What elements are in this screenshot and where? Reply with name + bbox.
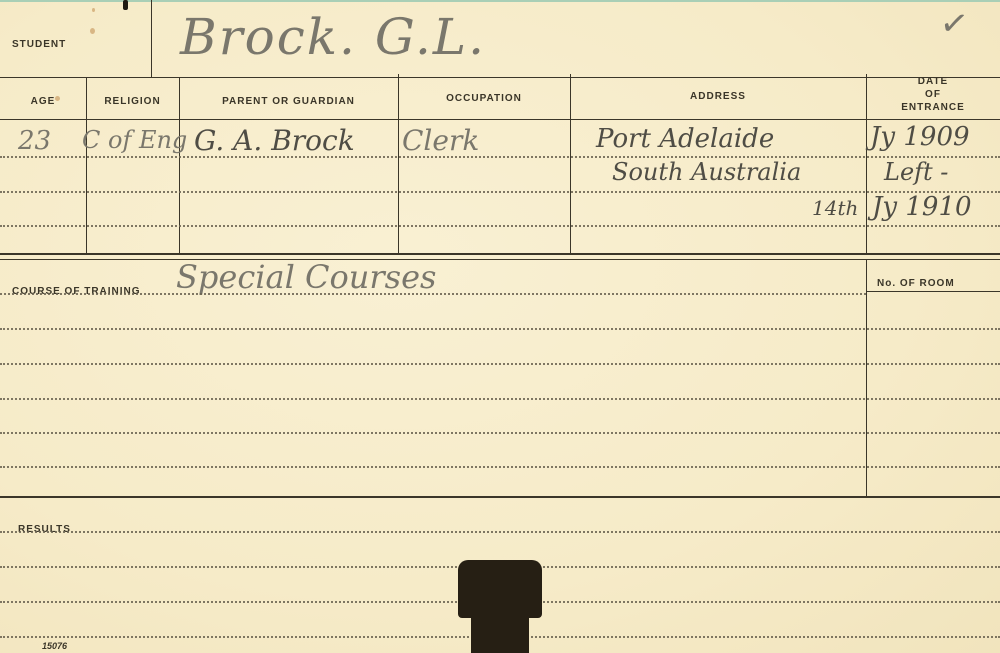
card-top-edge xyxy=(0,0,1000,2)
table-bottom-border xyxy=(0,253,1000,255)
header-address: ADDRESS xyxy=(570,90,866,103)
header-religion: RELIGION xyxy=(86,95,179,108)
header-date-line3: ENTRANCE xyxy=(866,101,1000,114)
header-date-line2: OF xyxy=(866,88,1000,101)
value-address-line2: South Australia xyxy=(612,158,801,186)
table-bottom-border-2 xyxy=(0,259,1000,260)
course-dotted-line xyxy=(0,293,866,295)
results-dotted-line xyxy=(0,531,1000,533)
room-label-underline xyxy=(866,291,1000,292)
course-dotted-line xyxy=(0,466,1000,468)
student-name: Brock. G.L. xyxy=(180,8,486,66)
course-dotted-line xyxy=(0,363,1000,365)
table-header-bottom xyxy=(0,119,1000,120)
value-religion: C of Eng xyxy=(82,126,187,154)
header-parent-or-guardian: PARENT OR GUARDIAN xyxy=(179,95,398,108)
course-of-training-value: Special Courses xyxy=(176,258,436,296)
room-divider xyxy=(866,260,867,496)
value-address-line3: 14th xyxy=(812,196,858,220)
filing-notch-stem xyxy=(471,610,529,653)
stain-mark xyxy=(90,28,95,34)
value-date-line1: Jy 1909 xyxy=(870,122,970,152)
value-age: 23 xyxy=(18,126,51,156)
table-dotted-line xyxy=(0,225,1000,227)
room-label: No. OF ROOM xyxy=(877,277,987,290)
header-date-line1: DATE xyxy=(866,75,1000,88)
student-label: STUDENT xyxy=(12,38,66,51)
course-dotted-line xyxy=(0,432,1000,434)
student-record-card: STUDENT Brock. G.L. ✓ AGE RELIGION PAREN… xyxy=(0,0,1000,653)
ink-tick xyxy=(123,0,128,10)
course-dotted-line xyxy=(0,398,1000,400)
table-dotted-line xyxy=(0,191,1000,193)
value-date-line3: Jy 1910 xyxy=(872,192,972,222)
stain-mark xyxy=(92,8,95,12)
value-date-line2: Left - xyxy=(884,158,948,186)
course-dotted-line xyxy=(0,328,1000,330)
check-mark: ✓ xyxy=(937,2,971,46)
card-serial-number: 15076 xyxy=(42,641,67,651)
header-age: AGE xyxy=(0,95,86,108)
header-occupation: OCCUPATION xyxy=(398,92,570,105)
results-top-border xyxy=(0,496,1000,498)
table-top-border xyxy=(0,77,1000,78)
student-divider xyxy=(151,0,152,78)
value-address-line1: Port Adelaide xyxy=(596,124,774,154)
value-occupation: Clerk xyxy=(402,124,479,157)
table-dotted-line xyxy=(0,156,1000,158)
results-label: RESULTS xyxy=(18,523,71,536)
value-parent: G. A. Brock xyxy=(194,124,355,157)
course-of-training-label: COURSE OF TRAINING xyxy=(12,285,141,298)
